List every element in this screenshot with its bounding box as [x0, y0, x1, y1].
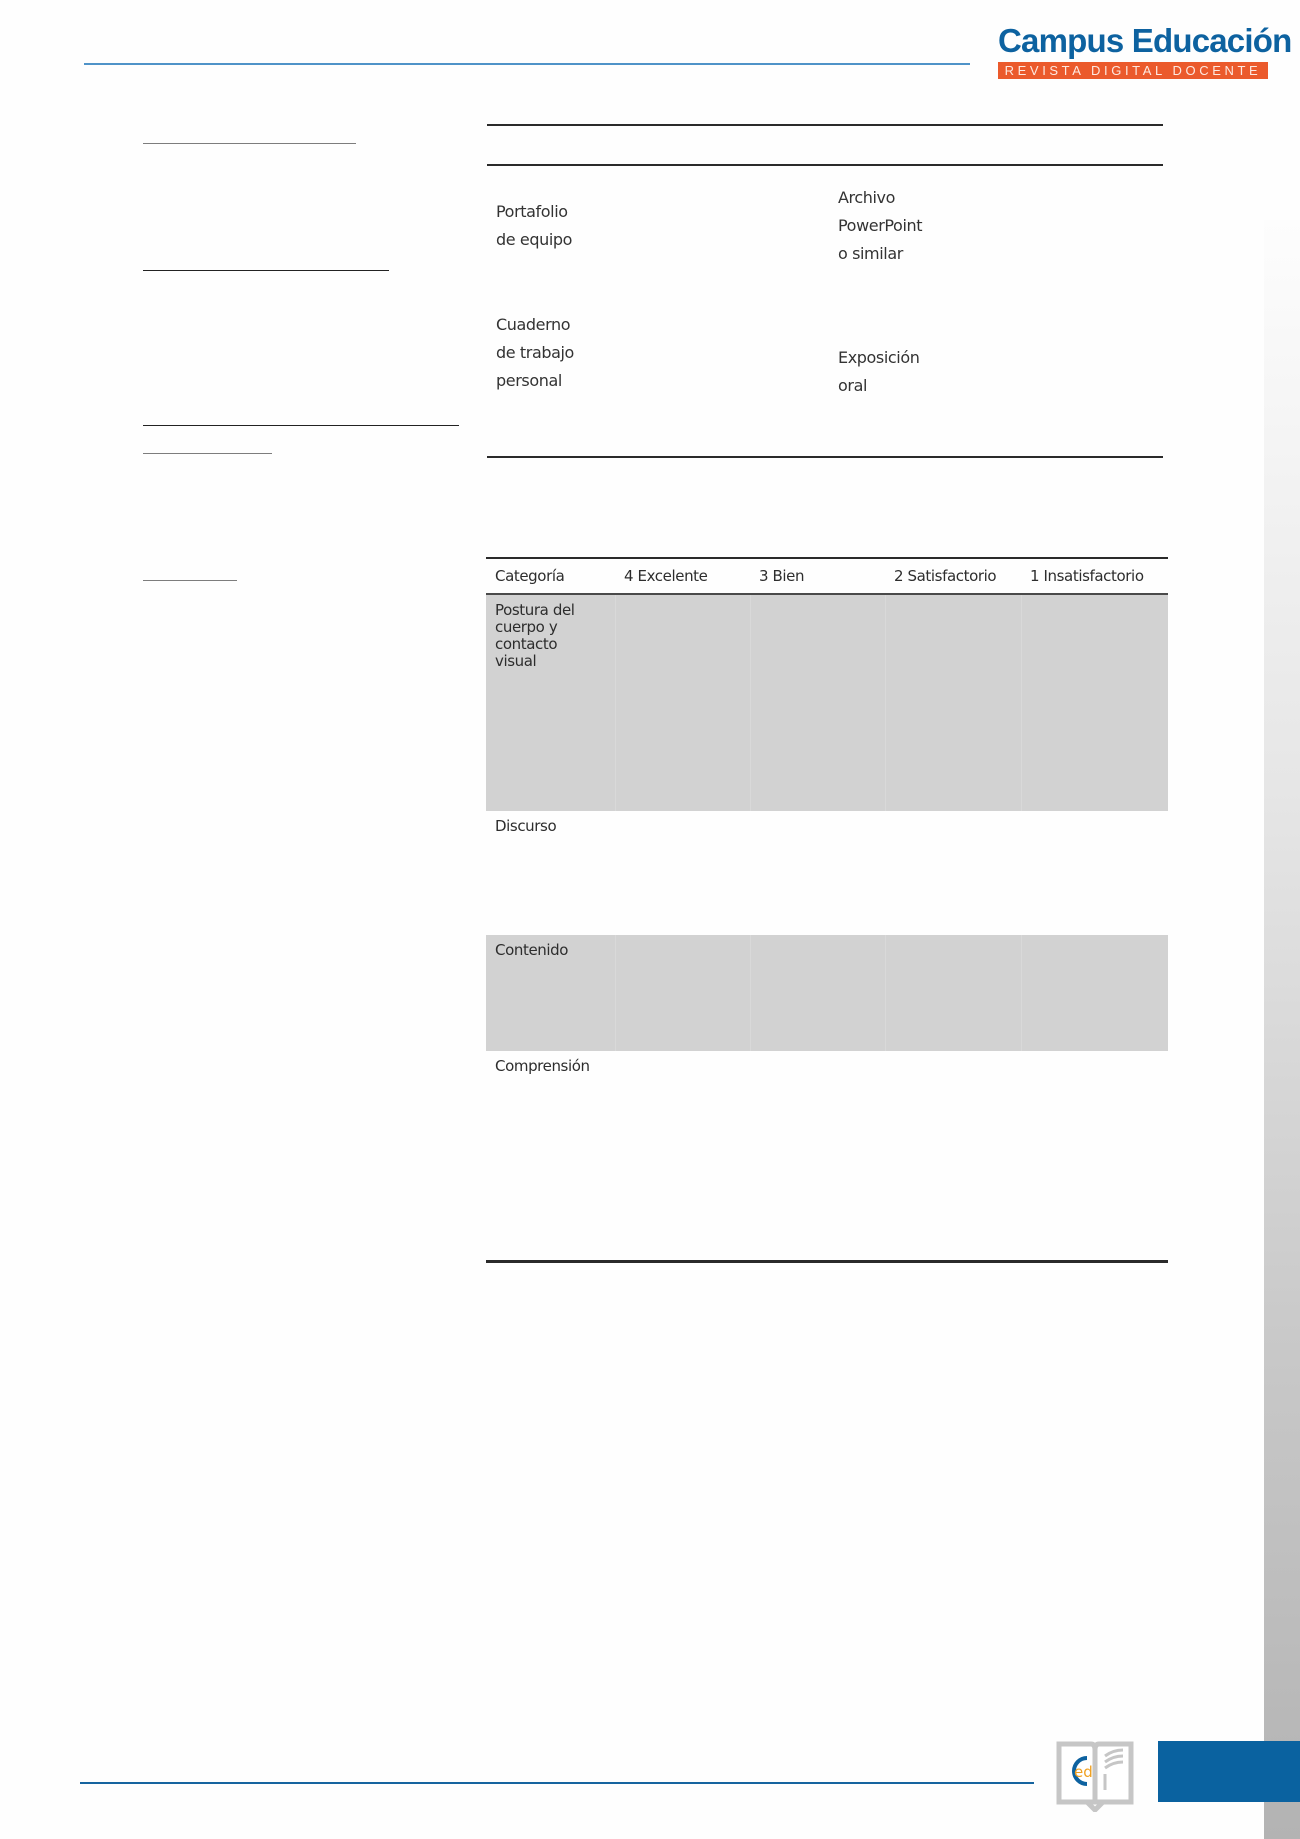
- rubric-cell: [615, 935, 750, 1051]
- header-excellent: 4 Excelente: [615, 558, 750, 594]
- rubric-cell: [750, 1051, 885, 1261]
- table-row: Comprensión: [486, 1051, 1168, 1261]
- blank-line: [143, 453, 272, 454]
- rubric-cell: [1021, 935, 1168, 1051]
- header-good: 3 Bien: [750, 558, 885, 594]
- page-number-block: [1158, 1741, 1300, 1802]
- header-rule: [84, 63, 970, 65]
- header-satisfactory: 2 Satisfactorio: [885, 558, 1021, 594]
- table-rule-top: [487, 124, 1163, 126]
- blank-line: [143, 143, 356, 144]
- rubric-header-row: Categoría 4 Excelente 3 Bien 2 Satisfact…: [486, 558, 1168, 594]
- table-row: Discurso: [486, 811, 1168, 935]
- rubric-cell: [1021, 811, 1168, 935]
- rubric-cell: [1021, 1051, 1168, 1261]
- brand-subtitle: REVISTA DIGITAL DOCENTE: [998, 62, 1268, 79]
- svg-text:ed: ed: [1074, 1763, 1093, 1781]
- rubric-cell: [615, 1051, 750, 1261]
- rubric-cell: [885, 935, 1021, 1051]
- rubric-table: Categoría 4 Excelente 3 Bien 2 Satisfact…: [486, 557, 1168, 1263]
- header-unsatisfactory: 1 Insatisfactorio: [1021, 558, 1168, 594]
- rubric-cell: [615, 811, 750, 935]
- instrument-notebook: Cuaderno de trabajo personal: [496, 311, 574, 395]
- table-row: Contenido: [486, 935, 1168, 1051]
- page-edge-gradient: [1264, 220, 1300, 1839]
- brand-logo: Campus Educación REVISTA DIGITAL DOCENTE: [998, 22, 1270, 79]
- rubric-cell: [885, 1051, 1021, 1261]
- rubric-cell: [750, 811, 885, 935]
- book-logo-icon: ed: [1055, 1740, 1135, 1812]
- instrument-oral-exposition: Exposición oral: [838, 344, 919, 400]
- rubric-cell: [750, 594, 885, 811]
- instrument-portfolio: Portafolio de equipo: [496, 198, 572, 254]
- table-rule-header: [487, 164, 1163, 166]
- instrument-powerpoint: Archivo PowerPoint o similar: [838, 184, 922, 268]
- row-category: Postura del cuerpo y contacto visual: [486, 594, 615, 811]
- row-category: Comprensión: [486, 1051, 615, 1261]
- blank-line: [143, 580, 237, 581]
- table-rule-bottom: [487, 456, 1163, 458]
- rubric-cell: [885, 594, 1021, 811]
- row-category: Contenido: [486, 935, 615, 1051]
- row-category: Discurso: [486, 811, 615, 935]
- footer-rule: [80, 1782, 1034, 1784]
- rubric-cell: [750, 935, 885, 1051]
- rubric-cell: [615, 594, 750, 811]
- table-row: Postura del cuerpo y contacto visual: [486, 594, 1168, 811]
- blank-line: [143, 270, 389, 271]
- rubric-cell: [1021, 594, 1168, 811]
- rubric-cell: [885, 811, 1021, 935]
- header-category: Categoría: [486, 558, 615, 594]
- brand-title: Campus Educación: [998, 22, 1270, 60]
- blank-line: [143, 425, 459, 426]
